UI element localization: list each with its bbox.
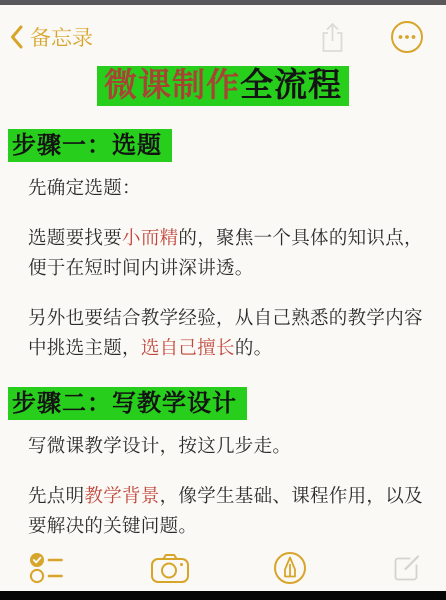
camera-icon [150,552,190,584]
compose-icon [391,553,422,584]
text-segment: 选题要找要 [28,229,122,249]
paragraph-topic-focus: 选题要找要小而精的，聚焦一个具体的知识点，便于在短时间内讲深讲透。 [28,224,426,284]
red-text-segment: 选自己擅长 [141,339,235,359]
text-segment: 先点明 [28,487,84,507]
red-text-segment: 教学背景 [84,487,159,507]
nav-actions [319,20,424,54]
checklist-icon [28,551,66,585]
section-heading-1: 步骤一：选题 [8,129,446,162]
section-heading-2-text: 步骤二：写教学设计 [8,387,247,420]
back-button[interactable]: 备忘录 [10,22,93,52]
paragraph-intro: 先确定选题： [28,174,426,204]
section-heading-2: 步骤二：写教学设计 [8,387,446,420]
checklist-button[interactable] [28,551,66,585]
ellipsis-circle-icon [390,20,424,54]
section-heading-1-text: 步骤一：选题 [8,129,172,162]
title-red-segment: 微课制作 [104,68,240,104]
note-title: 微课制作全流程 [97,66,349,106]
markup-pen-icon [273,551,307,585]
more-button[interactable] [390,20,424,54]
camera-button[interactable] [150,552,190,584]
paragraph-background: 先点明教学背景，像学生基础、课程作用，以及要解决的关键问题。 [28,482,426,542]
title-dark-segment: 全流程 [240,68,342,104]
chevron-left-icon [10,25,23,49]
text-segment: 的。 [235,339,273,359]
paragraph-design-intro: 写微课教学设计，按这几步走。 [28,432,426,462]
red-text-segment: 小而精 [122,229,178,249]
nav-bar: 备忘录 [0,5,446,59]
bottom-toolbar [0,551,446,585]
notes-app-screen: 备忘录 [0,0,446,600]
share-icon [319,22,346,53]
home-indicator-strip [0,591,446,600]
back-button-label: 备忘录 [30,22,93,52]
compose-button[interactable] [391,553,422,584]
note-title-row: 微课制作全流程 [0,66,446,106]
share-button[interactable] [319,22,346,53]
markup-button[interactable] [273,551,307,585]
paragraph-experience: 另外也要结合教学经验，从自己熟悉的教学内容中挑选主题，选自己擅长的。 [28,304,426,364]
note-body[interactable]: 微课制作全流程 步骤一：选题 先确定选题： 选题要找要小而精的，聚焦一个具体的知… [0,66,446,542]
